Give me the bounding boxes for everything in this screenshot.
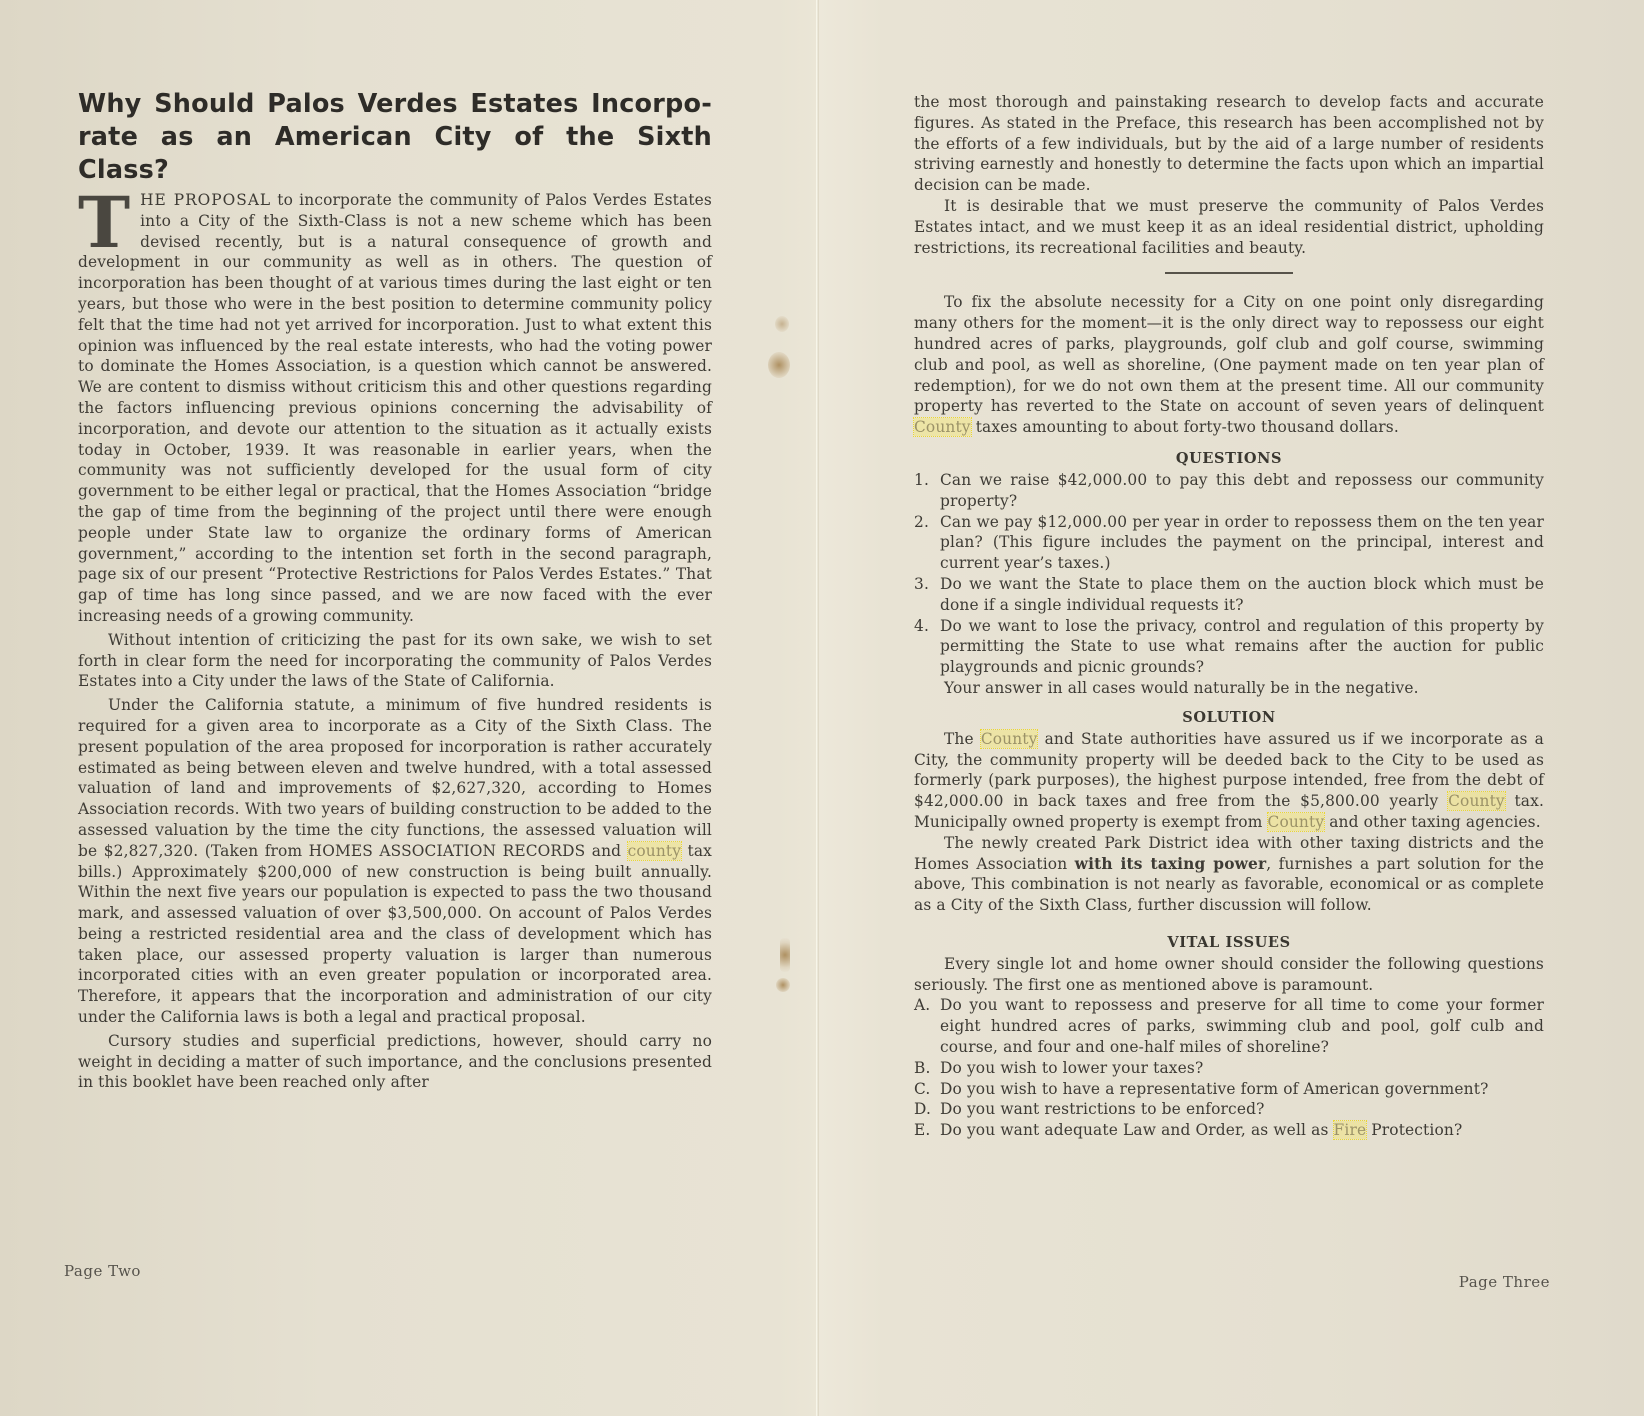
list-item: C.Do you wish to have a representative f… xyxy=(914,1079,1544,1100)
intro-paragraph: T HE PROPOSAL to incorporate the communi… xyxy=(78,190,712,627)
list-item: 3.Do we want the State to place them on … xyxy=(914,574,1544,616)
vital-issues-heading: VITAL ISSUES xyxy=(914,934,1544,951)
list-item: D.Do you want restrictions to be enforce… xyxy=(914,1099,1544,1120)
section-divider xyxy=(1165,272,1293,274)
search-highlight[interactable]: Fire xyxy=(1334,1121,1367,1139)
paragraph-proposal: HE PROPOSAL to incorporate the community… xyxy=(78,190,712,627)
search-highlight[interactable]: County xyxy=(914,418,971,436)
paragraph-solution: The County and State authorities have as… xyxy=(914,729,1544,833)
search-highlight[interactable]: County xyxy=(981,730,1038,748)
paper-stain xyxy=(776,978,790,992)
questions-list: 1.Can we raise $42,000.00 to pay this de… xyxy=(914,470,1544,678)
vital-issues-intro: Every single lot and home owner should c… xyxy=(914,954,1544,996)
emphasis-text: with its taxing power xyxy=(1075,855,1267,873)
questions-heading: QUESTIONS xyxy=(914,450,1544,467)
paragraph-necessity: To fix the absolute necessity for a City… xyxy=(914,292,1544,438)
center-fold xyxy=(816,0,819,1416)
search-highlight[interactable]: County xyxy=(1268,813,1325,831)
list-item: 4.Do we want to lose the privacy, contro… xyxy=(914,616,1544,678)
paper-stain xyxy=(768,352,790,378)
list-item: 2.Can we pay $12,000.00 per year in orde… xyxy=(914,512,1544,574)
paragraph-preserve: It is desirable that we must preserve th… xyxy=(914,196,1544,258)
search-highlight[interactable]: county xyxy=(628,842,682,860)
drop-cap: T xyxy=(78,194,130,252)
solution-heading: SOLUTION xyxy=(914,709,1544,726)
left-column: Why Should Palos Verdes Estates Incorpo-… xyxy=(78,0,712,1093)
paragraph-cursory-studies: Cursory studies and superficial predicti… xyxy=(78,1031,712,1093)
paper-stain xyxy=(775,316,789,332)
questions-answer: Your answer in all cases would naturally… xyxy=(914,678,1544,699)
list-item: B.Do you wish to lower your taxes? xyxy=(914,1058,1544,1079)
page-title: Why Should Palos Verdes Estates Incorpo-… xyxy=(78,88,712,187)
page-two: Why Should Palos Verdes Estates Incorpo-… xyxy=(0,0,818,1416)
paragraph-california-statute: Under the California statute, a minimum … xyxy=(78,695,712,1028)
paper-stain xyxy=(780,938,790,972)
title-line-1: Why Should Palos Verdes Estates Incorpo- xyxy=(78,89,712,119)
title-line-2: rate as an American City of the Sixth Cl… xyxy=(78,121,712,187)
lead-in-smallcaps: HE PROPOSAL xyxy=(140,191,271,209)
paragraph-research: the most thorough and painstaking resear… xyxy=(914,92,1544,196)
list-item: 1.Can we raise $42,000.00 to pay this de… xyxy=(914,470,1544,512)
paragraph-without-intention: Without intention of criticizing the pas… xyxy=(78,630,712,692)
page-three: the most thorough and painstaking resear… xyxy=(818,0,1644,1416)
paragraph-park-district: The newly created Park District idea wit… xyxy=(914,833,1544,916)
list-item: E.Do you want adequate Law and Order, as… xyxy=(914,1120,1544,1141)
booklet-spread: Why Should Palos Verdes Estates Incorpo-… xyxy=(0,0,1644,1416)
page-number-left: Page Two xyxy=(64,1262,141,1280)
vital-issues-list: A.Do you want to repossess and preserve … xyxy=(914,995,1544,1141)
list-item: A.Do you want to repossess and preserve … xyxy=(914,995,1544,1057)
page-number-right: Page Three xyxy=(1459,1273,1550,1291)
right-column: the most thorough and painstaking resear… xyxy=(914,92,1544,1141)
search-highlight[interactable]: County xyxy=(1448,792,1505,810)
